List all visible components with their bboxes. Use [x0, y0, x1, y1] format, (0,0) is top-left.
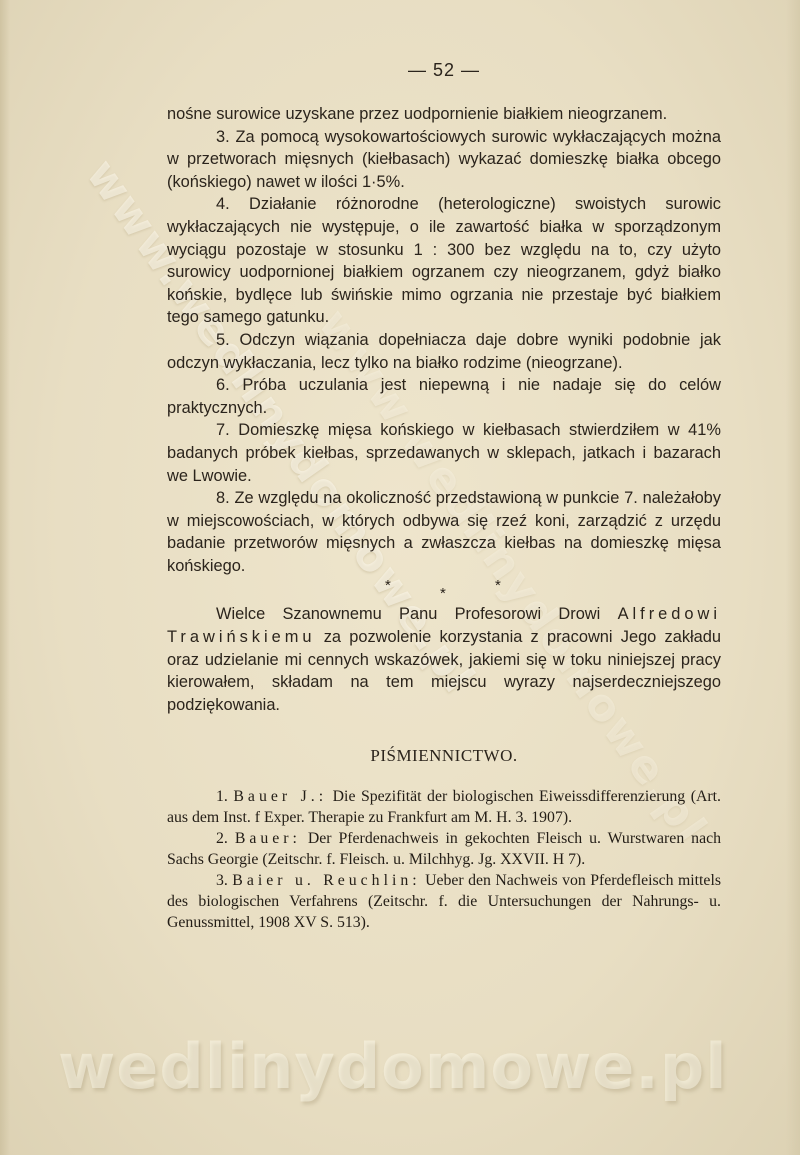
- bottom-watermark: wedlinydomowe.pl: [58, 1030, 718, 1103]
- references-heading: PIŚMIENNICTWO.: [167, 746, 721, 766]
- body-text: nośne surowice uzyskane przez uodpornien…: [167, 103, 721, 716]
- section-separator-asterisks: * * *: [167, 577, 721, 603]
- paragraph-0: nośne surowice uzyskane przez uodpornien…: [167, 103, 721, 126]
- ref-author: Baier u. Reuchlin:: [232, 872, 420, 889]
- page-edge-shadow-left: [0, 0, 10, 1155]
- page-content: — 52 — nośne surowice uzyskane przez uod…: [167, 60, 721, 933]
- paragraph-3: 3. Za pomocą wysokowartościowych surowic…: [167, 126, 721, 194]
- ref-number: 1.: [216, 788, 228, 805]
- reference-item-1: 1. Bauer J.: Die Spezifität der biologis…: [167, 786, 721, 828]
- paragraph-5: 5. Odczyn wiązania dopełniacza daje dobr…: [167, 329, 721, 374]
- paragraph-4: 4. Działanie różnorodne (heterologiczne)…: [167, 193, 721, 329]
- page-number: — 52 —: [167, 60, 721, 81]
- ref-author: Bauer:: [235, 830, 301, 847]
- ref-author: Bauer J.:: [233, 788, 327, 805]
- paragraph-6: 6. Próba uczulania jest niepewną i nie n…: [167, 374, 721, 419]
- references-list: 1. Bauer J.: Die Spezifität der biologis…: [167, 786, 721, 933]
- reference-item-2: 2. Bauer: Der Pferdenachweis in gekochte…: [167, 828, 721, 870]
- ack-text-pre: Wielce Szanownemu Panu Profesorowi Drowi: [216, 605, 618, 623]
- acknowledgement-paragraph: Wielce Szanownemu Panu Profesorowi Drowi…: [167, 603, 721, 716]
- reference-item-3: 3. Baier u. Reuchlin: Ueber den Nachweis…: [167, 870, 721, 933]
- asterisk: *: [495, 575, 501, 598]
- page-edge-shadow-right: [786, 0, 800, 1155]
- paragraph-7: 7. Domieszkę mięsa końskiego w kiełbasac…: [167, 419, 721, 487]
- asterisk: *: [385, 575, 391, 598]
- ref-number: 3.: [216, 872, 228, 889]
- ref-number: 2.: [216, 830, 228, 847]
- asterisk: *: [440, 583, 446, 606]
- paragraph-8: 8. Ze względu na okoliczność przedstawio…: [167, 487, 721, 577]
